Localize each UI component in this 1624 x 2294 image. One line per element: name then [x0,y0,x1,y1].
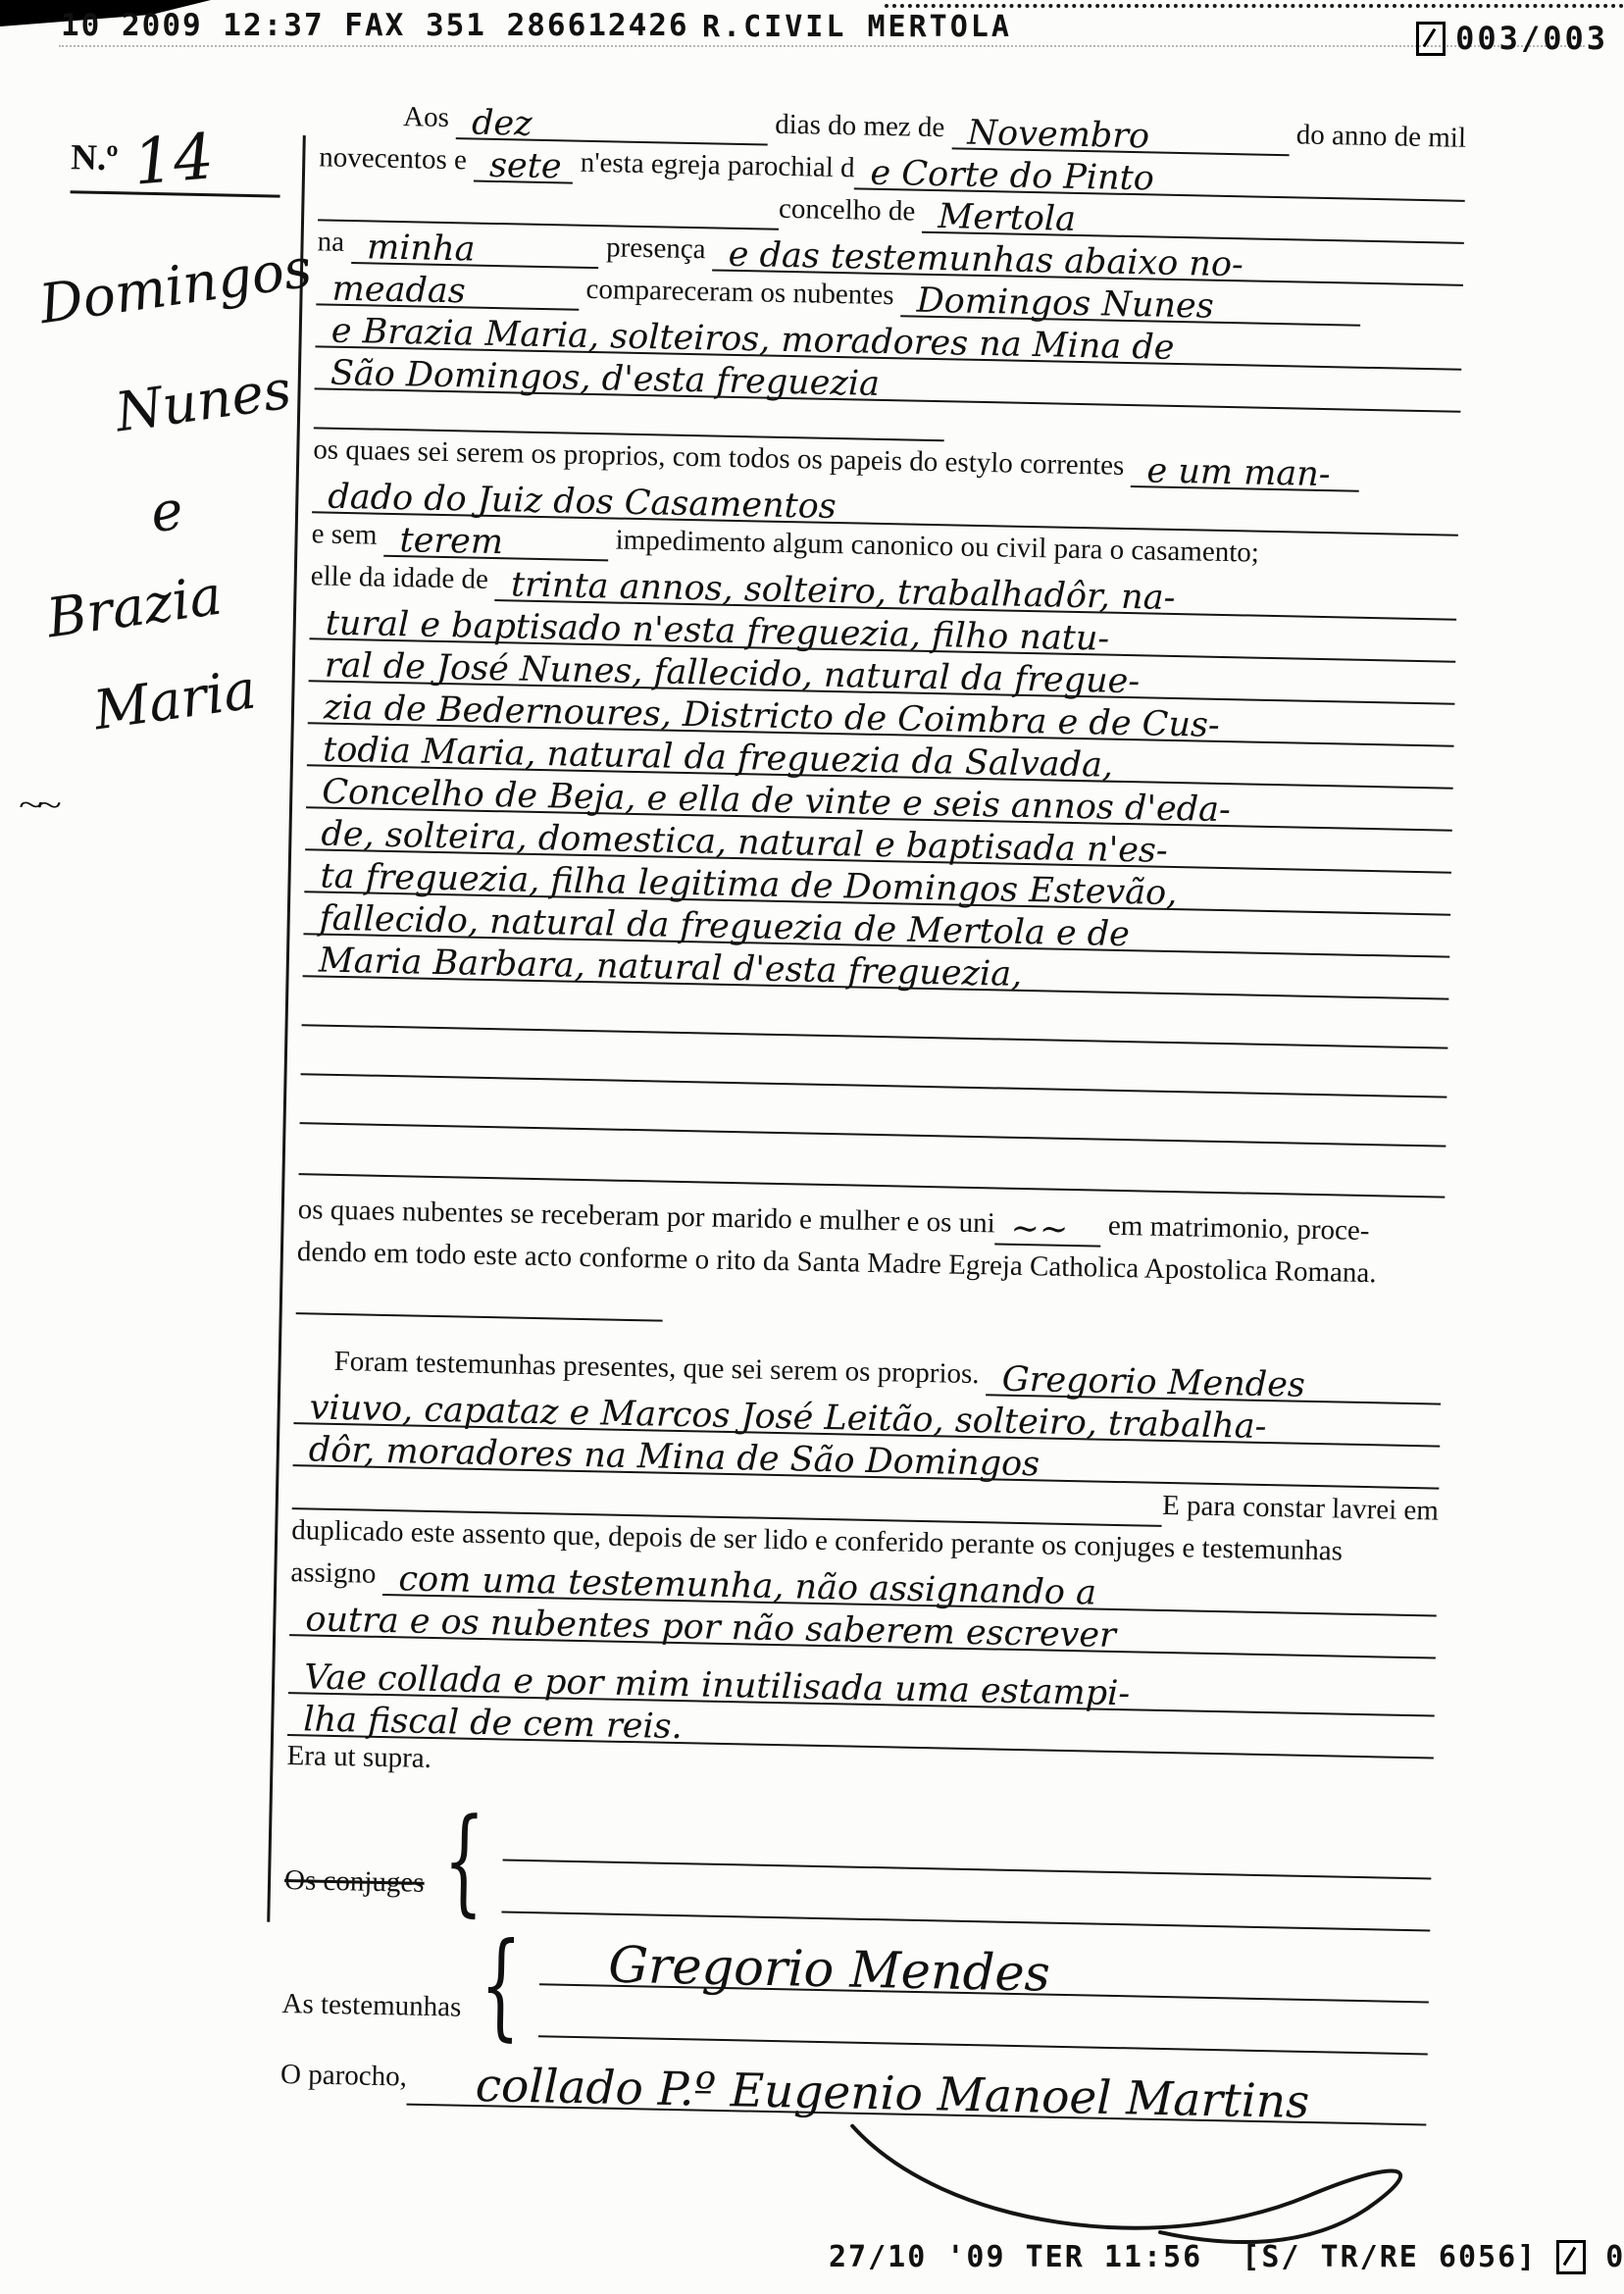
fax-footer-text: 27/10 '09 TER 11:56 [S/ TR/RE 6056] [829,2240,1537,2274]
marriage-record-document: N.º 14 DomingosNuneseBraziaMaria ~~ Aos … [3,74,1468,2283]
margin-name: Brazia [44,558,296,645]
handwritten-entry: dez [456,109,768,145]
form-lines: Aos dez dias do mez de Novembro do anno … [286,94,1466,1800]
fax-footer-page-icon [1556,2240,1586,2274]
handwritten-entry: e um man- [1131,457,1360,492]
printed-text: em matrimonio, proce- [1100,1208,1370,1252]
handwritten-entry: minha [351,233,599,269]
printed-text: na [317,224,351,264]
line-gap [663,1322,1443,1338]
record-number-label: N.º [71,136,119,179]
handwritten-entry: Domingos Nunes [900,286,1361,326]
record-number: N.º 14 [71,136,281,197]
fax-footer: 27/10 '09 TER 11:56 [S/ TR/RE 6056] 003 [829,2240,1624,2274]
fax-timestamp: 10 2009 12:37 FAX 351 286612426 [61,8,689,43]
handwritten-entry: terem [383,527,608,562]
handwritten-entry: ~~ [994,1214,1101,1247]
blank-rule [296,1312,663,1322]
margin-name: Domingos [36,242,302,331]
signature-row: As testemunhas{Gregorio Mendes [281,1928,1430,2056]
printed-text: novecentos e [319,139,475,181]
scan-noise-band [59,45,1585,47]
fax-page-icon [1416,22,1446,56]
printed-text: concelho de [779,191,923,233]
printed-text: n'esta egreja parochial d [573,145,855,190]
printed-text: Aos [403,99,457,139]
brace-glyph: { [480,1932,522,2037]
signature-label: O parocho, [280,2057,408,2106]
fax-footer-page: 003 [1605,2240,1624,2274]
printed-text: dias do mez de [768,107,952,150]
fax-scan-page: 10 2009 12:37 FAX 351 286612426 R.CIVIL … [0,0,1624,2294]
margin-name: Maria [90,657,294,738]
margin-name: Nunes [112,362,300,440]
fax-page-count: 003/003 [1455,20,1608,57]
printed-text: assigno [290,1555,383,1596]
signature-lines: Gregorio Mendes [538,1933,1430,2055]
printed-text: e sem [311,516,384,556]
margin-names: DomingosNuneseBraziaMaria [34,258,300,727]
handwritten-entry: Novembro [951,119,1290,156]
fax-sender-id: R.CIVIL MERTOLA [702,10,1012,44]
handwritten-entry: Gregorio Mendes [986,1365,1441,1404]
printed-text: presença [598,229,713,271]
signature-label: Os conjuges [284,1862,425,1912]
printed-text: do anno de mil [1289,117,1466,160]
scan-dotted-edge [885,4,1624,8]
fax-page-counter: 003/003 [1416,20,1608,57]
signature-area: Os conjuges{As testemunhas{Gregorio Mend… [280,1805,1433,2126]
signature-label: As testemunhas [281,1986,462,2036]
margin-name: e [147,468,298,541]
printed-text: compareceram os nubentes [579,272,901,318]
record-body: Aos dez dias do mez de Novembro do anno … [263,78,1468,2283]
signature-row: Os conjuges{ [284,1805,1433,1932]
brace-glyph: { [442,1808,484,1912]
margin-flourish: ~~ [19,786,290,828]
record-margin: N.º 14 DomingosNuneseBraziaMaria ~~ [3,74,304,2260]
handwritten-entry: meadas [316,275,579,310]
signature-lines [501,1809,1432,1931]
printed-text: Era ut supra. [286,1738,431,1780]
handwritten-entry: outra e os nubentes por não saberem escr… [289,1606,1436,1658]
handwritten-entry: sete [474,152,574,184]
printed-text: elle da idade de [310,558,495,601]
printed-text: E para constar lavrei em [1162,1488,1440,1533]
record-number-value: 14 [132,136,216,184]
